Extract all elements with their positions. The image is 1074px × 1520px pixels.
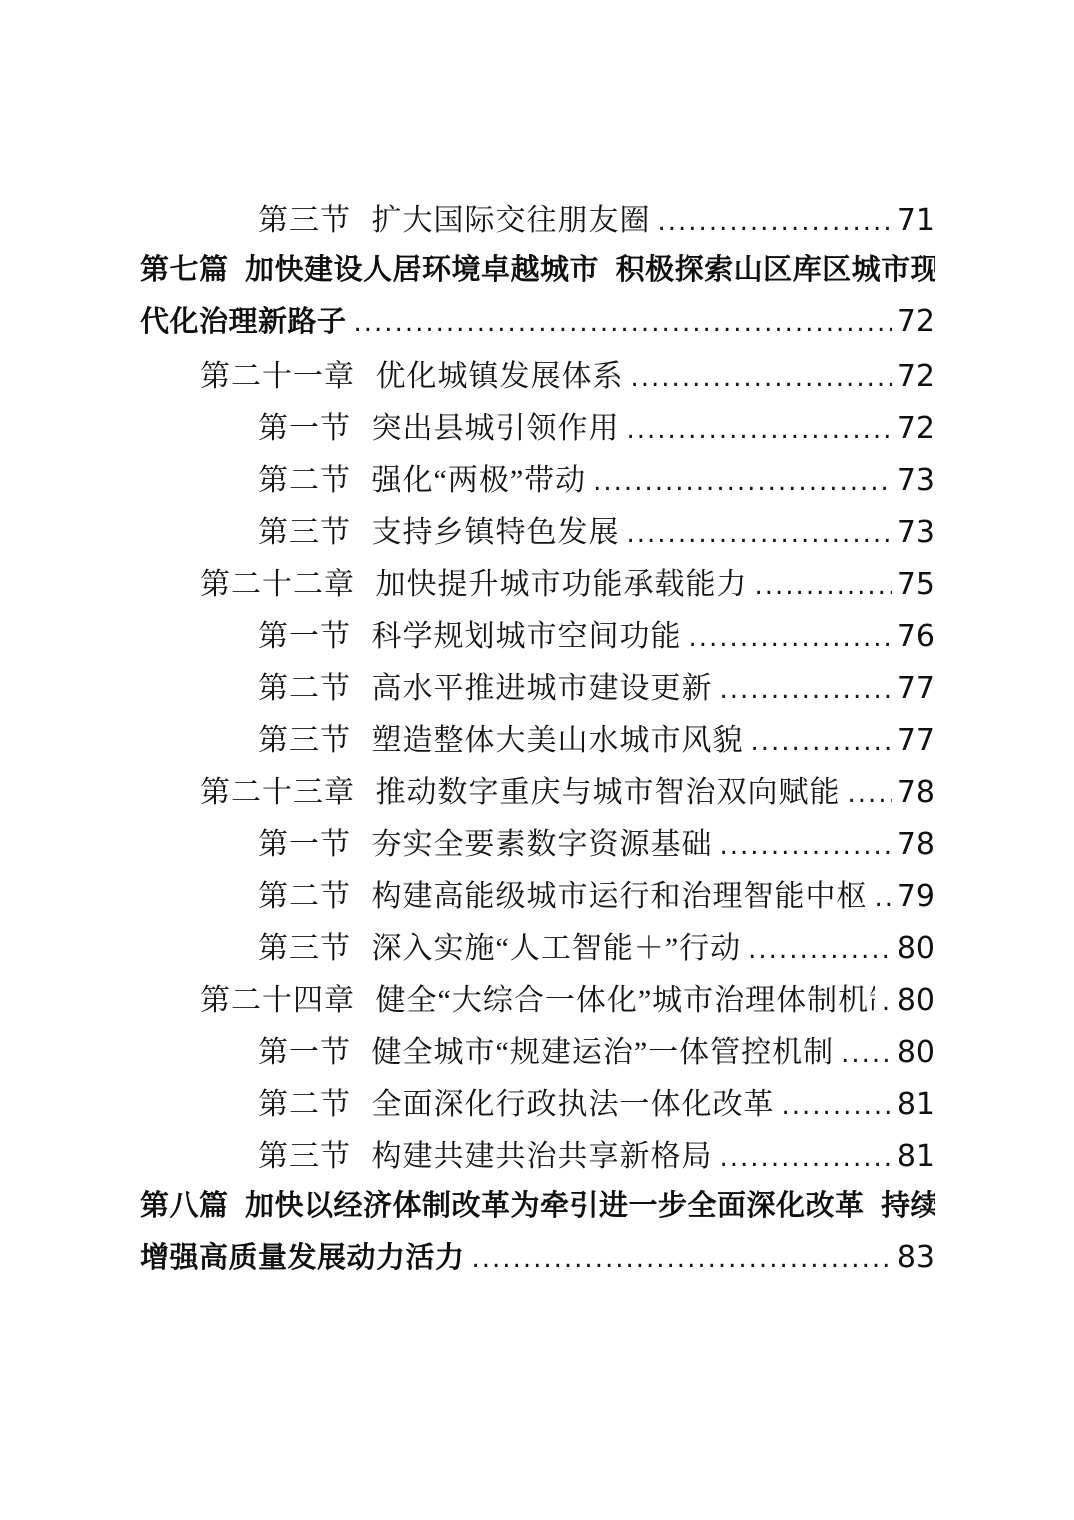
page-number: 72 (892, 359, 935, 394)
toc-entry-text: 增强高质量发展动力活力 (140, 1235, 465, 1276)
dot-leader (651, 207, 892, 237)
dot-leader (682, 623, 892, 653)
page-number: 75 (892, 567, 935, 602)
toc-entry-text: 第八篇 加快以经济体制改革为牵引进一步全面深化改革 持续 (140, 1183, 935, 1224)
page-number: 77 (892, 671, 935, 706)
toc-entry-part: 第七篇 加快建设人居环境卓越城市 积极探索山区库区城市现 (140, 247, 935, 299)
toc-entry-section: 第三节 构建共建共治共享新格局 81 (140, 1131, 935, 1183)
page-number: 80 (892, 983, 935, 1018)
dot-leader (875, 987, 892, 1017)
page-number: 77 (892, 723, 935, 758)
toc-entry-text: 代化治理新路子 (140, 299, 347, 340)
toc-entry-text: 第七篇 加快建设人居环境卓越城市 积极探索山区库区城市现 (140, 247, 935, 288)
dot-leader (713, 675, 892, 705)
dot-leader (624, 363, 892, 393)
dot-leader (775, 1091, 892, 1121)
page-number: 81 (892, 1087, 935, 1122)
toc-entry-section: 第二节 构建高能级城市运行和治理智能中枢 79 (140, 871, 935, 923)
toc-entry-text: 第二十三章 推动数字重庆与城市智治双向赋能 (200, 767, 841, 811)
toc-entry-text: 第三节 塑造整体大美山水城市风貌 (258, 715, 744, 759)
page-number: 73 (892, 463, 935, 498)
dot-leader (868, 883, 892, 913)
toc-entry-text: 第二节 构建高能级城市运行和治理智能中枢 (258, 871, 868, 915)
dot-leader (748, 571, 892, 601)
toc-entry-chapter: 第二十三章 推动数字重庆与城市智治双向赋能 78 (140, 767, 935, 819)
document-page: 第三节 扩大国际交往朋友圈 71 第七篇 加快建设人居环境卓越城市 积极探索山区… (0, 0, 1074, 1520)
toc-entry-text: 第二节 强化“两极”带动 (258, 455, 586, 499)
toc-entry-part-continuation: 代化治理新路子 72 (140, 299, 935, 351)
toc-entry-part-continuation: 增强高质量发展动力活力 83 (140, 1235, 935, 1287)
toc-entry-text: 第一节 夯实全要素数字资源基础 (258, 819, 713, 863)
page-number: 78 (892, 827, 935, 862)
toc-entry-text: 第三节 构建共建共治共享新格局 (258, 1131, 713, 1175)
page-number: 73 (892, 515, 935, 550)
dot-leader (744, 727, 892, 757)
table-of-contents: 第三节 扩大国际交往朋友圈 71 第七篇 加快建设人居环境卓越城市 积极探索山区… (140, 195, 935, 1287)
toc-entry-section: 第一节 科学规划城市空间功能 76 (140, 611, 935, 663)
toc-entry-text: 第二节 高水平推进城市建设更新 (258, 663, 713, 707)
page-number: 80 (892, 931, 935, 966)
toc-entry-section: 第二节 全面深化行政执法一体化改革 81 (140, 1079, 935, 1131)
toc-entry-chapter: 第二十二章 加快提升城市功能承载能力 75 (140, 559, 935, 611)
toc-entry-text: 第一节 健全城市“规建运治”一体管控机制 (258, 1027, 834, 1071)
page-number: 72 (892, 411, 935, 446)
dot-leader (713, 831, 892, 861)
toc-entry-section: 第一节 健全城市“规建运治”一体管控机制 80 (140, 1027, 935, 1079)
toc-entry-section: 第三节 扩大国际交往朋友圈 71 (140, 195, 935, 247)
dot-leader (841, 779, 892, 809)
toc-entry-section: 第三节 塑造整体大美山水城市风貌 77 (140, 715, 935, 767)
dot-leader (741, 935, 892, 965)
toc-entry-text: 第三节 扩大国际交往朋友圈 (258, 195, 651, 239)
page-number: 76 (892, 619, 935, 654)
dot-leader (620, 519, 892, 549)
page-number: 78 (892, 775, 935, 810)
dot-leader (713, 1143, 892, 1173)
page-number: 80 (892, 1035, 935, 1070)
toc-entry-part: 第八篇 加快以经济体制改革为牵引进一步全面深化改革 持续 (140, 1183, 935, 1235)
page-number: 83 (892, 1240, 935, 1275)
toc-entry-chapter: 第二十四章 健全“大综合一体化”城市治理体制机制 80 (140, 975, 935, 1027)
toc-entry-section: 第一节 突出县城引领作用 72 (140, 403, 935, 455)
dot-leader (347, 308, 892, 338)
dot-leader (586, 467, 892, 497)
toc-entry-text: 第三节 深入实施“人工智能＋”行动 (258, 923, 741, 967)
toc-entry-section: 第三节 支持乡镇特色发展 73 (140, 507, 935, 559)
toc-entry-text: 第二节 全面深化行政执法一体化改革 (258, 1079, 775, 1123)
toc-entry-text: 第三节 支持乡镇特色发展 (258, 507, 620, 551)
dot-leader (465, 1244, 892, 1274)
dot-leader (620, 415, 892, 445)
dot-leader (834, 1039, 892, 1069)
page-number: 81 (892, 1139, 935, 1174)
page-number: 71 (892, 203, 935, 238)
page-number: 79 (892, 879, 935, 914)
toc-entry-text: 第一节 突出县城引领作用 (258, 403, 620, 447)
toc-entry-text: 第二十一章 优化城镇发展体系 (200, 351, 624, 395)
toc-entry-section: 第二节 高水平推进城市建设更新 77 (140, 663, 935, 715)
toc-entry-section: 第二节 强化“两极”带动 73 (140, 455, 935, 507)
toc-entry-text: 第二十四章 健全“大综合一体化”城市治理体制机制 (200, 975, 875, 1019)
toc-entry-chapter: 第二十一章 优化城镇发展体系 72 (140, 351, 935, 403)
toc-entry-section: 第一节 夯实全要素数字资源基础 78 (140, 819, 935, 871)
toc-entry-text: 第二十二章 加快提升城市功能承载能力 (200, 559, 748, 603)
toc-entry-text: 第一节 科学规划城市空间功能 (258, 611, 682, 655)
page-number: 72 (892, 304, 935, 339)
toc-entry-section: 第三节 深入实施“人工智能＋”行动 80 (140, 923, 935, 975)
